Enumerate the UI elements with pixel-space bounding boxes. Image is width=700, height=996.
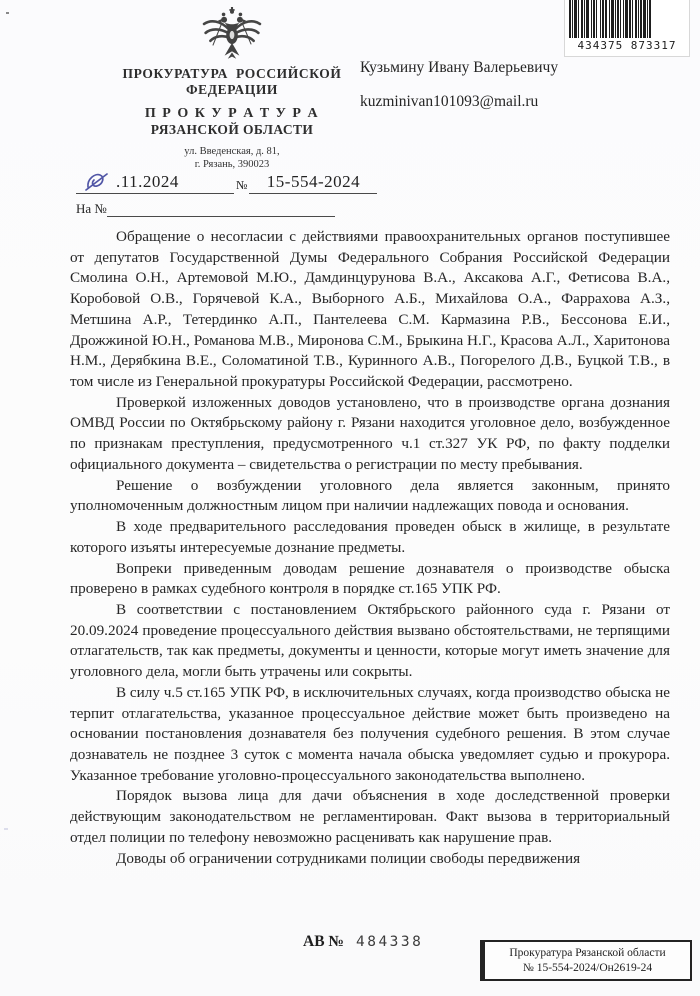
body-paragraph: Проверкой изложенных доводов установлено…	[70, 393, 670, 476]
reference-blank-line	[107, 201, 335, 217]
body-paragraph: Обращение о несогласии с действиями прав…	[70, 227, 670, 393]
body-paragraph: В силу ч.5 ст.165 УПК РФ, в исключительн…	[70, 683, 670, 787]
body-paragraph: Решение о возбуждении уголовного дела яв…	[70, 476, 670, 517]
org-name-line1: ПРОКУРАТУРА РОССИЙСКОЙ	[84, 66, 380, 82]
scan-artifact	[6, 12, 9, 14]
body-paragraph: В соответствии с постановлением Октябрьс…	[70, 600, 670, 683]
org-address-line1: ул. Введенская, д. 81,	[84, 145, 380, 158]
outgoing-number: 15-554-2024	[249, 172, 377, 194]
registration-stamp: Прокуратура Рязанской области № 15-554-2…	[480, 940, 692, 981]
stamp-number-line: № 15-554-2024/Он2619-24	[485, 961, 690, 976]
date-number-row: .11.2024 № 15-554-2024	[76, 170, 378, 194]
number-sign-label: №	[234, 178, 249, 194]
reference-row: На №	[76, 201, 335, 217]
barcode-bars-icon	[569, 0, 685, 38]
barcode: 434375 873317	[564, 0, 690, 57]
stamp-org-line: Прокуратура Рязанской области	[485, 946, 690, 961]
scanned-letter-page: ПРОКУРАТУРА РОССИЙСКОЙ ФЕДЕРАЦИИ П Р О К…	[0, 0, 700, 996]
org-name-line2: ФЕДЕРАЦИИ	[84, 82, 380, 98]
handwritten-date-mark	[84, 170, 110, 192]
coat-of-arms-eagle-icon	[84, 6, 380, 66]
recipient-name: Кузьмину Ивану Валерьевичу	[360, 58, 558, 77]
date-field: .11.2024	[76, 170, 234, 194]
body-paragraph: Доводы об ограничении сотрудниками полиц…	[70, 849, 670, 870]
org-address: ул. Введенская, д. 81, г. Рязань, 390023	[84, 145, 380, 171]
blank-number: 484338	[356, 934, 423, 950]
scan-artifact	[4, 828, 8, 830]
blank-series-label: АВ №	[303, 933, 344, 951]
letterhead: ПРОКУРАТУРА РОССИЙСКОЙ ФЕДЕРАЦИИ П Р О К…	[84, 6, 380, 171]
barcode-digits: 434375 873317	[569, 39, 685, 52]
body-paragraph: Вопреки приведенным доводам решение дозн…	[70, 559, 670, 600]
org-name-line3: П Р О К У Р А Т У Р А	[84, 105, 380, 122]
body-paragraph: Порядок вызова лица для дачи объяснения …	[70, 786, 670, 848]
date-text: .11.2024	[116, 172, 179, 192]
body-paragraph: В ходе предварительного расследования пр…	[70, 517, 670, 558]
org-name-line4: РЯЗАНСКОЙ ОБЛАСТИ	[84, 122, 380, 138]
letter-body: Обращение о несогласии с действиями прав…	[70, 227, 670, 869]
reference-label: На №	[76, 201, 107, 217]
blank-form-id: АВ № 484338	[303, 933, 423, 951]
recipient-block: Кузьмину Ивану Валерьевичу kuzminivan101…	[360, 58, 558, 111]
recipient-email: kuzminivan101093@mail.ru	[360, 93, 558, 111]
